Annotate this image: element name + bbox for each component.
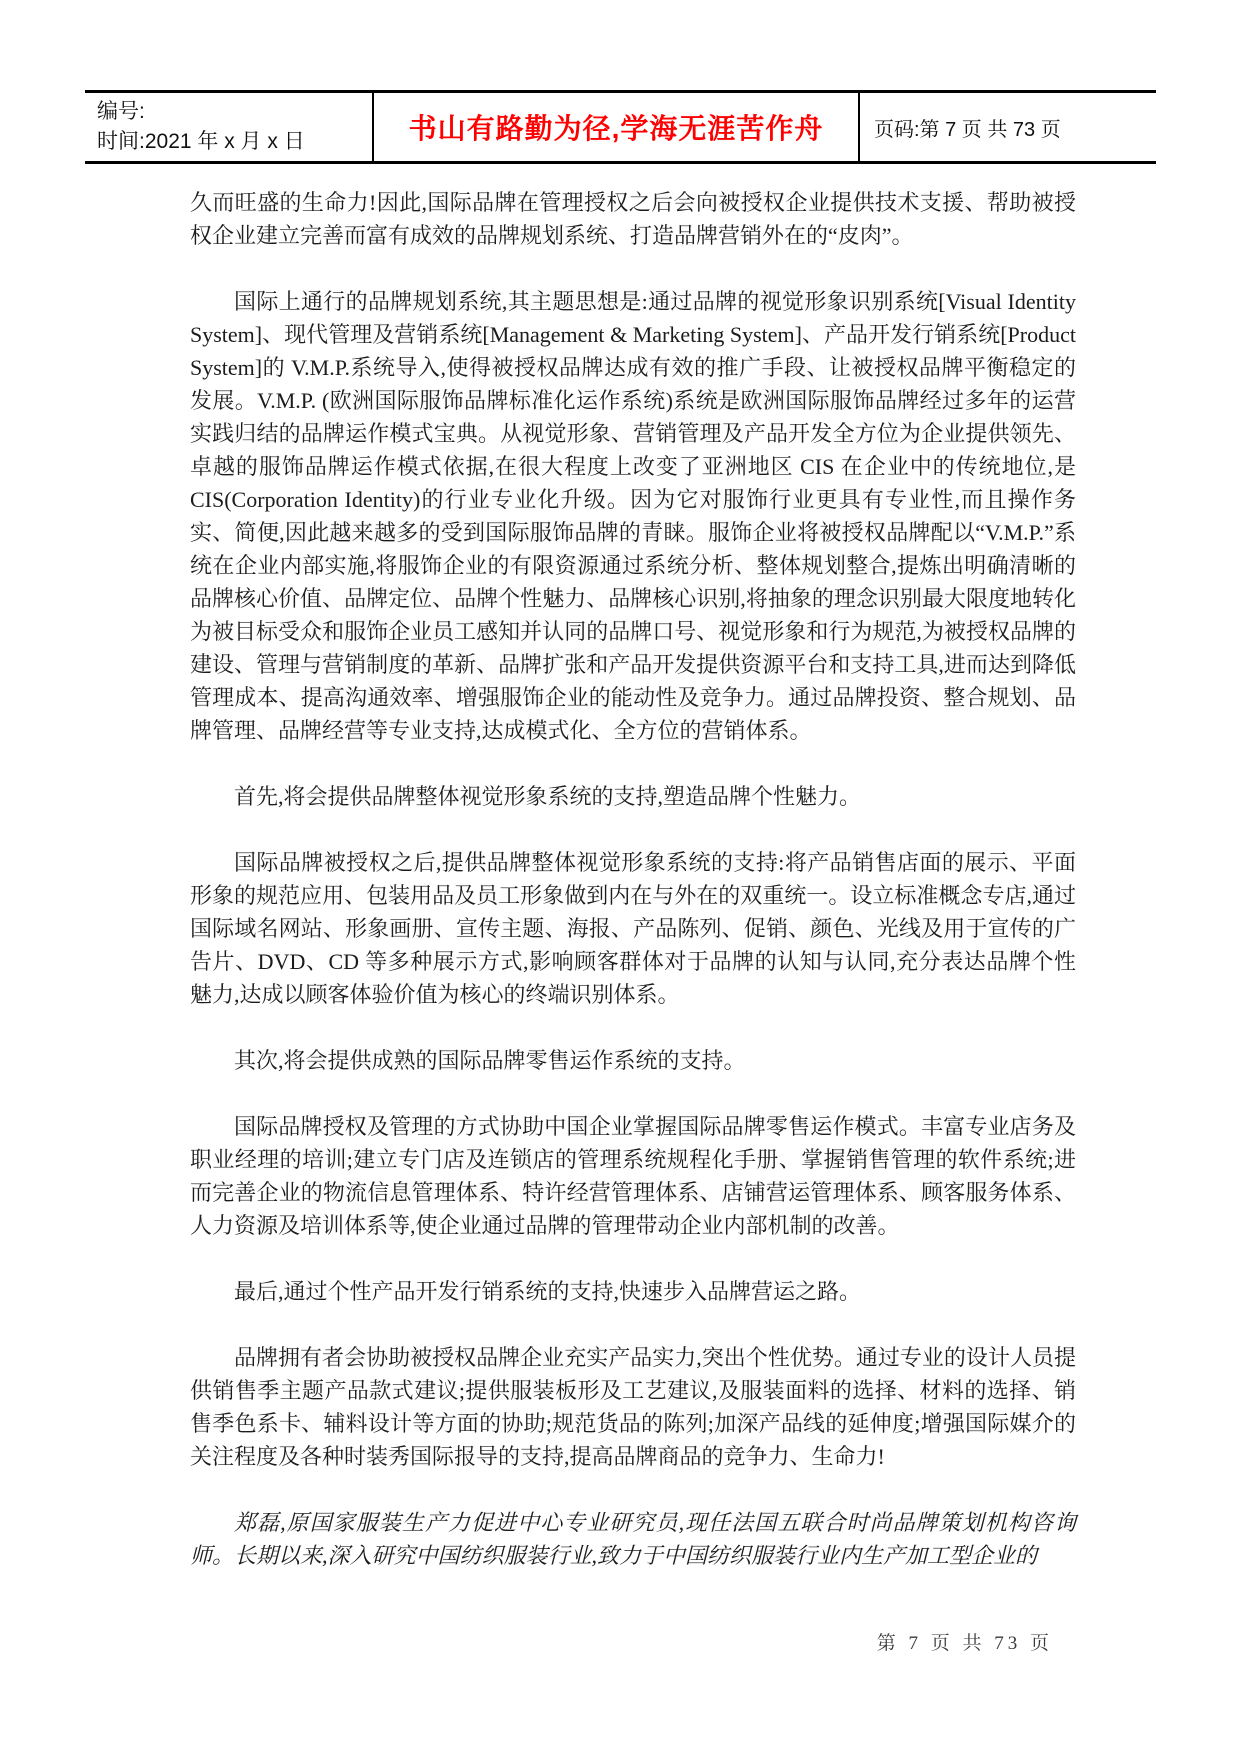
header-date-label: 时间:2021 年 x 月 x 日 xyxy=(97,127,364,157)
header-left-cell: 编号: 时间:2021 年 x 月 x 日 xyxy=(85,93,372,161)
header-right-cell: 页码:第 7 页 共 73 页 xyxy=(860,93,1156,161)
body-paragraph: 国际品牌被授权之后,提供品牌整体视觉形象系统的支持:将产品销售店面的展示、平面形… xyxy=(190,846,1076,1011)
body-paragraph: 品牌拥有者会协助被授权品牌企业充实产品实力,突出个性优势。通过专业的设计人员提供… xyxy=(190,1341,1076,1473)
header-table: 编号: 时间:2021 年 x 月 x 日 书山有路勤为径,学海无涯苦作舟 页码… xyxy=(85,90,1156,164)
header-number-label: 编号: xyxy=(97,97,364,127)
body-paragraph: 其次,将会提供成熟的国际品牌零售运作系统的支持。 xyxy=(190,1044,1076,1077)
body-paragraph: 首先,将会提供品牌整体视觉形象系统的支持,塑造品牌个性魅力。 xyxy=(190,780,1076,813)
header-slogan: 书山有路勤为径,学海无涯苦作舟 xyxy=(409,107,824,147)
body-paragraph: 久而旺盛的生命力!因此,国际品牌在管理授权之后会向被授权企业提供技术支援、帮助被… xyxy=(190,186,1076,252)
body-paragraph: 国际上通行的品牌规划系统,其主题思想是:通过品牌的视觉形象识别系统[Visual… xyxy=(190,285,1076,747)
document-page: 编号: 时间:2021 年 x 月 x 日 书山有路勤为径,学海无涯苦作舟 页码… xyxy=(0,0,1241,1754)
body-paragraph: 国际品牌授权及管理的方式协助中国企业掌握国际品牌零售运作模式。丰富专业店务及职业… xyxy=(190,1110,1076,1242)
body-paragraph-author-note: 郑磊,原国家服装生产力促进中心专业研究员,现任法国五联合时尚品牌策划机构咨询师。… xyxy=(190,1506,1076,1572)
header-page-info: 页码:第 7 页 共 73 页 xyxy=(874,113,1061,142)
document-body: 久而旺盛的生命力!因此,国际品牌在管理授权之后会向被授权企业提供技术支援、帮助被… xyxy=(190,186,1076,1572)
body-paragraph: 最后,通过个性产品开发行销系统的支持,快速步入品牌营运之路。 xyxy=(190,1275,1076,1308)
header-center-cell: 书山有路勤为径,学海无涯苦作舟 xyxy=(372,93,860,161)
footer-page-number: 第 7 页 共 73 页 xyxy=(0,1628,1053,1655)
